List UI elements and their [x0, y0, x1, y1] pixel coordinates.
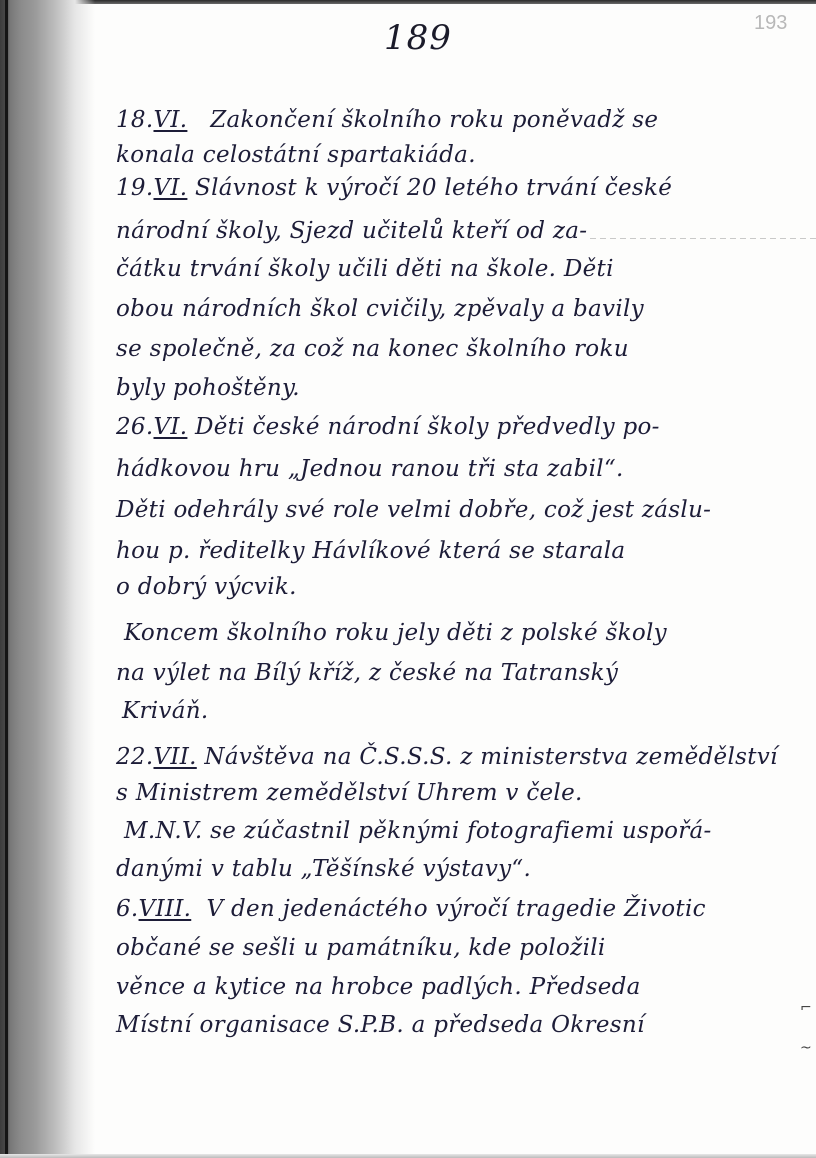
entry-line: konala celostátní spartakiáda. — [116, 142, 476, 168]
entry-line: obou národních škol cvičily, zpěvaly a b… — [116, 296, 644, 322]
scan-top-edge — [0, 0, 816, 4]
entry-line: o dobrý výcvik. — [116, 574, 297, 600]
entry-line: Kriváň. — [122, 698, 208, 724]
date-day: 26. — [116, 414, 153, 440]
binding-edge-line — [5, 0, 8, 1158]
entry-line: věnce a kytice na hrobce padlých. Předse… — [116, 974, 641, 1000]
date-day: 19. — [116, 175, 153, 201]
date-day: 18. — [116, 107, 153, 133]
entry-date: 22.VII. — [116, 744, 197, 770]
entry-line: danými v tablu „Těšínské výstavy“. — [116, 856, 531, 882]
entry-date: 18.VI. — [116, 107, 187, 133]
entry-line: hou p. ředitelky Hávlíkové která se star… — [116, 538, 625, 564]
entry-line: 6.VIII. V den jedenáctého výročí tragedi… — [116, 896, 706, 922]
entry-line: s Ministrem zemědělství Uhrem v čele. — [116, 780, 583, 806]
entry-text: Zakončení školního roku poněvadž se — [210, 107, 658, 133]
entry-date: 26.VI. — [116, 414, 187, 440]
entry-line: 26.VI. Děti české národní školy předvedl… — [116, 414, 660, 440]
entry-line: se společně, za což na konec školního ro… — [116, 336, 629, 362]
entry-date: 6.VIII. — [116, 896, 191, 922]
entry-text: Návštěva na Č.S.S.S. z ministerstva země… — [204, 744, 777, 770]
date-month: VI. — [153, 414, 187, 440]
entry-date: 19.VI. — [116, 175, 187, 201]
date-month: VI. — [153, 107, 187, 133]
entry-line: 19.VI. Slávnost k výročí 20 letého trván… — [116, 175, 672, 201]
margin-mark: ⌐ — [800, 1000, 812, 1016]
entry-line: 22.VII. Návštěva na Č.S.S.S. z ministers… — [116, 744, 778, 770]
entry-line: Místní organisace S.P.B. a předseda Okre… — [116, 1012, 645, 1038]
scan-bottom-edge — [0, 1154, 816, 1158]
entry-text: V den jedenáctého výročí tragedie Životi… — [206, 896, 705, 922]
margin-mark: ~ — [800, 1040, 812, 1056]
date-month: VII. — [153, 744, 196, 770]
entry-line: M.N.V. se zúčastnil pěknými fotografiemi… — [124, 818, 712, 844]
entry-line: na výlet na Bílý kříž, z české na Tatran… — [116, 660, 618, 686]
date-month: VIII. — [139, 896, 192, 922]
entry-text: Děti české národní školy předvedly po- — [195, 414, 660, 440]
entry-line: 18.VI. Zakončení školního roku poněvadž … — [116, 107, 658, 133]
archive-number: 193 — [754, 12, 787, 35]
binding-shadow — [0, 0, 95, 1158]
entry-line: Koncem školního roku jely děti z polské … — [124, 620, 667, 646]
date-day: 6. — [116, 896, 139, 922]
scanned-page: 189 193 18.VI. Zakončení školního roku p… — [0, 0, 816, 1158]
date-day: 22. — [116, 744, 153, 770]
entry-line: byly pohoštěny. — [116, 375, 300, 401]
page-number: 189 — [384, 18, 452, 58]
faint-ruled-line — [590, 238, 816, 239]
entry-line: národní školy, Sjezd učitelů kteří od za… — [116, 218, 587, 244]
entry-line: hádkovou hru „Jednou ranou tři sta zabil… — [116, 456, 624, 482]
entry-line: čátku trvání školy učili děti na škole. … — [116, 256, 614, 282]
entry-line: Děti odehrály své role velmi dobře, což … — [116, 497, 711, 523]
entry-line: občané se sešli u památníku, kde položil… — [116, 935, 606, 961]
date-month: VI. — [153, 175, 187, 201]
entry-text: Slávnost k výročí 20 letého trvání české — [195, 175, 672, 201]
